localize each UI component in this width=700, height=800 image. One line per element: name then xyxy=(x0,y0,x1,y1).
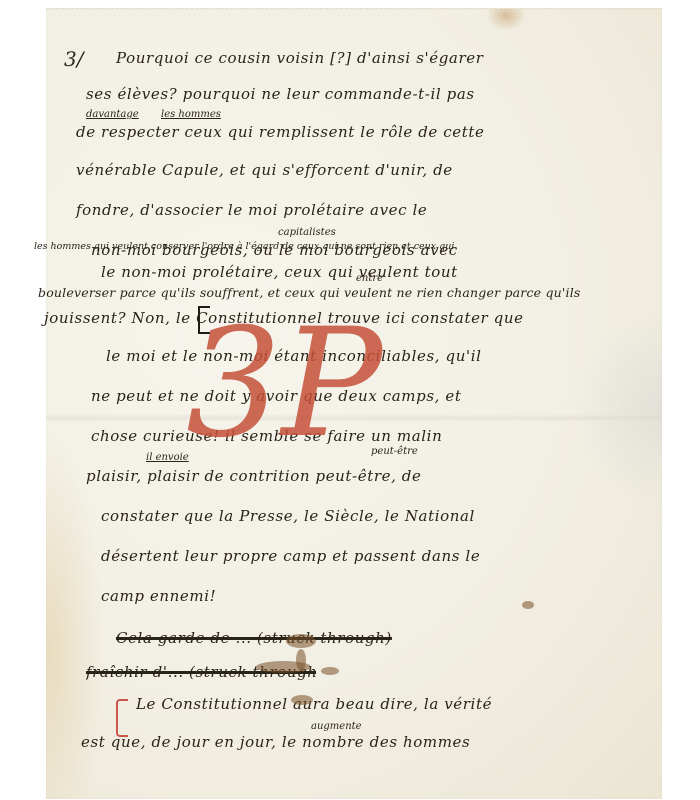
ink-blot xyxy=(321,667,339,675)
manuscript-line: le non-moi prolétaire, ceux qui veulent … xyxy=(101,263,458,281)
manuscript-line: ses élèves? pourquoi ne leur commande-t-… xyxy=(86,85,475,103)
paper-stain xyxy=(572,309,662,509)
manuscript-page: 3/ davantage les hommes capitalistes les… xyxy=(46,8,662,799)
manuscript-line: vénérable Capule, et qui s'efforcent d'u… xyxy=(76,161,453,179)
manuscript-line: est que, de jour en jour, le nombre des … xyxy=(81,733,470,751)
red-bracket-mark xyxy=(116,699,128,737)
page-number: 3/ xyxy=(64,47,83,71)
struck-line: Cela garde de ... (struck through) xyxy=(116,629,556,647)
manuscript-line: Pourquoi ce cousin voisin [?] d'ainsi s'… xyxy=(116,49,483,67)
manuscript-line: désertent leur propre camp et passent da… xyxy=(101,547,480,565)
ink-blot xyxy=(286,634,316,648)
manuscript-line: constater que la Presse, le Siècle, le N… xyxy=(101,507,475,525)
insertion: davantage xyxy=(86,109,139,120)
insertion: augmente xyxy=(311,721,362,732)
red-annotation-3P: 3P xyxy=(186,309,382,459)
manuscript-line: fondre, d'associer le moi prolétaire ave… xyxy=(76,201,427,219)
ink-blot xyxy=(256,661,311,673)
manuscript-line: camp ennemi! xyxy=(101,587,216,605)
manuscript-line: non-moi bourgeois, ou le moi bourgeois a… xyxy=(91,241,458,259)
ink-blot xyxy=(522,601,534,609)
ink-blot xyxy=(291,695,313,705)
insertion: il envoie xyxy=(146,452,189,463)
insertion: capitalistes xyxy=(278,227,336,238)
manuscript-line: de respecter ceux qui remplissent le rôl… xyxy=(76,123,484,141)
paper-stain xyxy=(486,9,526,31)
insertion: les hommes xyxy=(161,109,221,120)
manuscript-line: Le Constitutionnel aura beau dire, la vé… xyxy=(136,695,492,713)
